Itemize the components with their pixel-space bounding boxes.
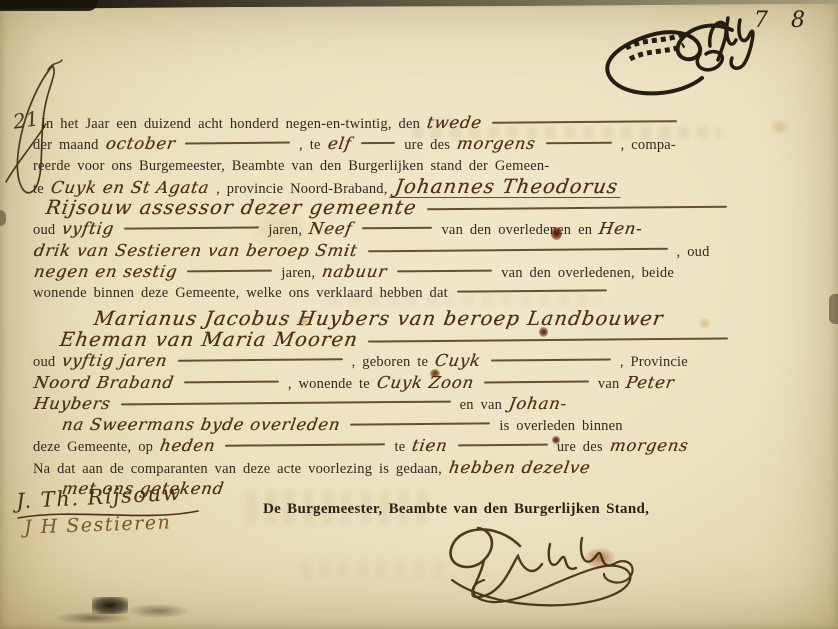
handwritten-text: morgens: [451, 133, 541, 154]
paper-damage: [829, 294, 838, 324]
document-line: drik van Sestieren van beroep Smit, oud: [30, 240, 814, 261]
ruled-blank-line: [184, 380, 279, 383]
printed-text: , Provincie: [617, 354, 691, 370]
handwritten-text: Johannes Theodorus: [389, 176, 624, 198]
handwritten-text: heden: [154, 435, 221, 456]
handwritten-text: elf: [322, 133, 357, 154]
document-line: na Sweermans byde overledenis overleden …: [30, 414, 814, 435]
handwritten-text: october: [100, 133, 181, 154]
printed-text: en van: [457, 397, 505, 413]
handwritten-text: Johan-: [503, 393, 572, 414]
document-line: Noord Braband, wonende teCuyk ZoonvanPet…: [30, 372, 814, 393]
ruled-blank-line: [350, 423, 490, 426]
handwritten-text: Noord Braband: [28, 372, 179, 393]
burgemeester-signature-icon: [400, 516, 660, 616]
paper-damage: [0, 210, 6, 226]
ruled-blank-line: [185, 142, 290, 145]
ink-blot: [56, 612, 130, 624]
handwritten-text: Neef: [304, 218, 359, 239]
handwritten-text: na Sweermans byde overleden: [56, 414, 346, 435]
document-line: oudvyftigjaren,Neefvan den overledenen e…: [30, 218, 814, 239]
document-line: Eheman van Maria Mooren: [30, 329, 814, 350]
handwritten-text: twede: [421, 112, 487, 133]
ruled-blank-line: [178, 359, 343, 362]
document-line: wonende binnen deze Gemeente, welke ons …: [30, 282, 814, 303]
handwritten-text: Huybers: [28, 393, 116, 414]
document-body: In het Jaar een duizend acht honderd neg…: [30, 112, 814, 499]
printed-text: wonende binnen deze Gemeente, welke ons …: [30, 285, 451, 301]
printed-text: oud: [30, 354, 58, 370]
document-line: reerde voor ons Burgemeester, Beambte va…: [30, 155, 814, 176]
ruled-blank-line: [491, 359, 611, 362]
document-line: Na dat aan de comparanten van deze acte …: [30, 457, 814, 478]
document-line: teCuyk en St Agata, provincie Noord-Brab…: [30, 176, 814, 197]
death-certificate-scan: 7 8 21 In het Jaar een duizend acht hond…: [0, 0, 838, 629]
document-line: deze Gemeente, ophedentetienure desmorge…: [30, 435, 814, 456]
page-number: 7 8: [754, 8, 813, 33]
printed-text: , oud: [674, 244, 713, 260]
ruled-blank-line: [492, 120, 677, 124]
ruled-blank-line: [187, 270, 272, 273]
printed-text: , provincie Noord-Braband,: [213, 181, 390, 197]
handwritten-text: hebben dezelve: [443, 457, 596, 478]
handwritten-text: Cuyk Zoon: [371, 372, 479, 393]
ruled-blank-line: [361, 142, 395, 144]
ruled-blank-line: [225, 444, 385, 447]
handwritten-text: vyftig: [57, 218, 120, 239]
handwritten-text: Eheman van Maria Mooren: [54, 329, 363, 350]
handwritten-text: Peter: [621, 372, 681, 393]
handwritten-text: morgens: [604, 435, 694, 456]
printed-text: van den overledenen en: [438, 222, 595, 238]
printed-text: reerde voor ons Burgemeester, Beambte va…: [30, 158, 552, 174]
printed-text: , compa-: [618, 137, 679, 153]
ruled-blank-line: [484, 380, 589, 383]
declarant-signature: J H Sestieren: [24, 511, 172, 538]
printed-text: is overleden binnen: [496, 418, 625, 434]
handwritten-text: Cuyk: [429, 350, 486, 371]
printed-text: jaren,: [265, 222, 305, 238]
printed-text: der maand: [30, 137, 102, 153]
document-line: negen en sestigjaren,nabuurvan den overl…: [30, 261, 814, 282]
document-line: Marianus Jacobus Huybers van beroep Land…: [30, 308, 814, 329]
printed-text: Na dat aan de comparanten van deze acte …: [30, 461, 445, 477]
printed-text: deze Gemeente, op: [30, 439, 156, 455]
ruled-blank-line: [368, 337, 728, 342]
handwritten-text: Rijsouw assessor dezer gemeente: [40, 197, 422, 218]
printed-text: van den overledenen, beide: [498, 265, 677, 281]
ruled-blank-line: [457, 290, 607, 293]
photo-edge-corner: [0, 0, 98, 11]
handwritten-text: vyftig jaren: [57, 350, 174, 371]
handwritten-text: negen en sestig: [28, 261, 183, 282]
printed-text: jaren,: [278, 265, 318, 281]
handwritten-text: Cuyk en St Agata: [45, 177, 215, 198]
printed-text: , wonende te: [285, 376, 373, 392]
document-line: Rijsouw assessor dezer gemeente: [30, 197, 814, 218]
handwritten-text: tien: [407, 435, 454, 456]
printed-text: , te: [296, 137, 324, 153]
document-line: der maandoctober, teelfure desmorgens, c…: [30, 133, 814, 154]
handwritten-text: Hen-: [593, 218, 648, 239]
handwritten-text: Marianus Jacobus Huybers van beroep Land…: [88, 308, 669, 329]
ruled-blank-line: [427, 206, 727, 211]
printed-text: In het Jaar een duizend acht honderd neg…: [38, 116, 423, 132]
ruled-blank-line: [124, 227, 259, 230]
ruled-blank-line: [458, 444, 548, 447]
ruled-blank-line: [362, 227, 432, 230]
ruled-blank-line: [397, 270, 492, 273]
handwritten-text: drik van Sestieren van beroep Smit: [28, 240, 363, 261]
handwritten-text: nabuur: [317, 261, 393, 282]
ruled-blank-line: [546, 142, 612, 145]
printed-text: ure des: [401, 137, 453, 153]
printed-text: van: [595, 376, 623, 392]
ink-blot: [128, 604, 188, 618]
printed-text: , geboren te: [349, 354, 431, 370]
document-line: Huybersen vanJohan-: [30, 393, 814, 414]
printed-text: ure des: [554, 439, 606, 455]
document-line: oudvyftig jaren, geboren teCuyk, Provinc…: [30, 350, 814, 371]
ruled-blank-line: [121, 400, 451, 405]
printed-text: te: [30, 181, 47, 197]
document-line: In het Jaar een duizend acht honderd neg…: [30, 112, 814, 133]
printed-text: oud: [30, 222, 58, 238]
ruled-blank-line: [368, 247, 668, 252]
